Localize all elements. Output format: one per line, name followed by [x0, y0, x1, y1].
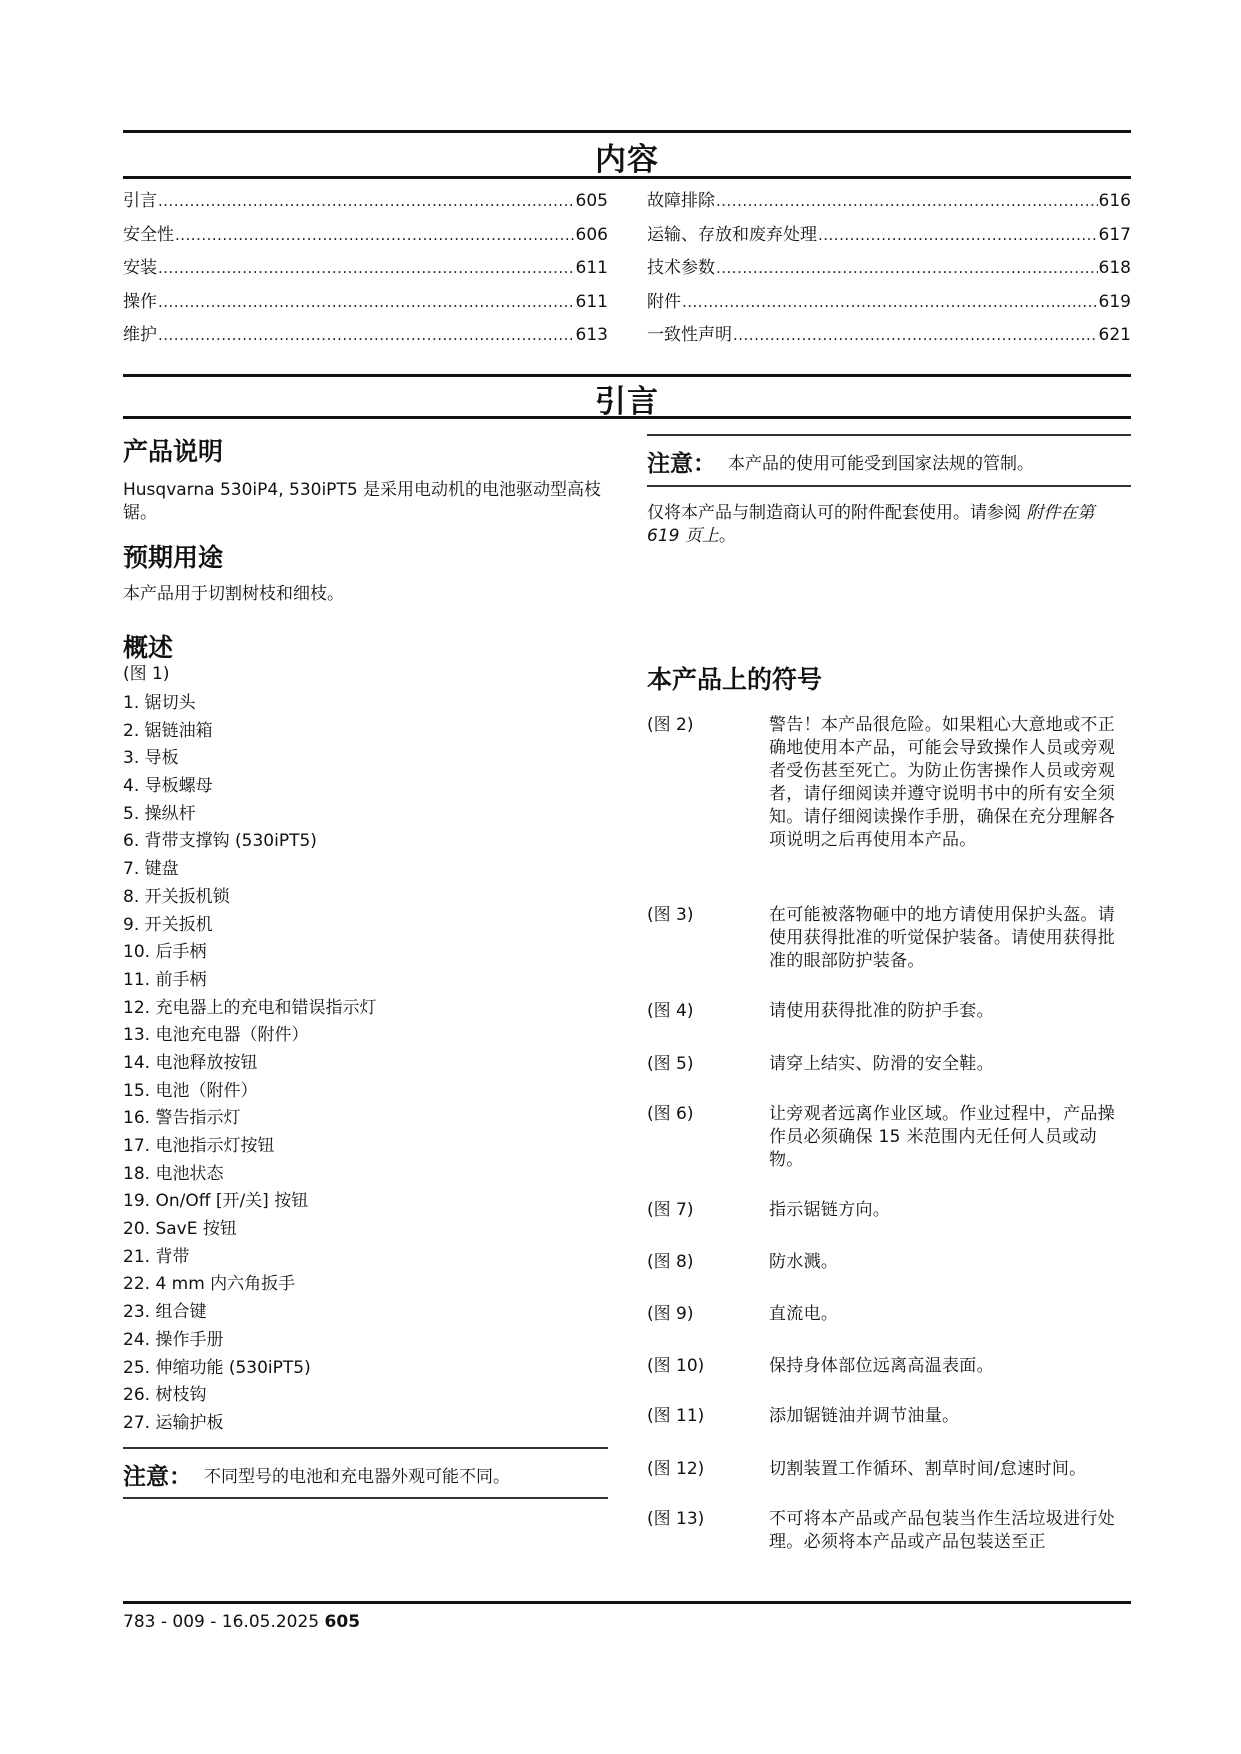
note-text: 本产品的使用可能受到国家法规的管制。: [728, 449, 1034, 474]
symbol-row: (图 5)请穿上结实、防滑的安全鞋。: [647, 1053, 1131, 1076]
note-right: 注意： 本产品的使用可能受到国家法规的管制。: [647, 438, 1131, 484]
product-description-heading: 产品说明: [123, 432, 223, 468]
right-column: 注意： 本产品的使用可能受到国家法规的管制。 仅将本产品与制造商认可的附件配套使…: [647, 0, 1131, 1600]
list-item: 8. 开关扳机锁: [123, 884, 376, 912]
symbol-row: (图 12)切割装置工作循环、割草时间/怠速时间。: [647, 1458, 1131, 1481]
symbol-row: (图 13)不可将本产品或产品包装当作生活垃圾进行处理。必须将本产品或产品包装送…: [647, 1508, 1131, 1554]
list-item: 24. 操作手册: [123, 1327, 376, 1355]
list-item: 22. 4 mm 内六角扳手: [123, 1271, 376, 1299]
symbol-row: (图 3)在可能被落物砸中的地方请使用保护头盔。请使用获得批准的听觉保护装备。请…: [647, 904, 1131, 973]
symbol-figure-ref: (图 10): [647, 1355, 769, 1378]
list-item: 12. 充电器上的充电和错误指示灯: [123, 995, 376, 1023]
list-item: 19. On/Off [开/关] 按钮: [123, 1188, 376, 1216]
list-item: 20. SavE 按钮: [123, 1216, 376, 1244]
overview-parts-list: 1. 锯切头 2. 锯链油箱 3. 导板 4. 导板螺母 5. 操纵杆 6. 背…: [123, 690, 376, 1438]
list-item: 17. 电池指示灯按钮: [123, 1133, 376, 1161]
symbol-description: 保持身体部位远离高温表面。: [769, 1355, 1131, 1378]
symbol-description: 警告！本产品很危险。如果粗心大意地或不正确地使用本产品，可能会导致操作人员或旁观…: [769, 714, 1131, 852]
intended-use-heading: 预期用途: [123, 538, 223, 574]
symbol-figure-ref: (图 4): [647, 1000, 769, 1023]
list-item: 27. 运输护板: [123, 1410, 376, 1438]
list-item: 5. 操纵杆: [123, 801, 376, 829]
list-item: 16. 警告指示灯: [123, 1105, 376, 1133]
list-item: 2. 锯链油箱: [123, 718, 376, 746]
note-label: 注意：: [123, 1458, 192, 1491]
left-column: 产品说明 Husqvarna 530iP4, 530iPT5 是采用电动机的电池…: [123, 0, 608, 1600]
symbol-figure-ref: (图 11): [647, 1405, 769, 1428]
symbol-figure-ref: (图 6): [647, 1103, 769, 1172]
note-right-top-rule: [647, 434, 1131, 436]
list-item: 14. 电池释放按钮: [123, 1050, 376, 1078]
symbol-figure-ref: (图 9): [647, 1303, 769, 1326]
symbol-row: (图 4)请使用获得批准的防护手套。: [647, 1000, 1131, 1023]
symbol-figure-ref: (图 3): [647, 904, 769, 973]
note-label: 注意：: [647, 445, 716, 478]
symbol-row: (图 7)指示锯链方向。: [647, 1199, 1131, 1222]
symbol-description: 不可将本产品或产品包装当作生活垃圾进行处理。必须将本产品或产品包装送至正: [769, 1508, 1131, 1554]
symbol-description: 直流电。: [769, 1303, 1131, 1326]
list-item: 4. 导板螺母: [123, 773, 376, 801]
symbol-figure-ref: (图 13): [647, 1508, 769, 1554]
accessories-text-body: 仅将本产品与制造商认可的附件配套使用。请参阅: [647, 503, 1021, 523]
list-item: 25. 伸缩功能 (530iPT5): [123, 1355, 376, 1383]
symbol-row: (图 11)添加锯链油并调节油量。: [647, 1405, 1131, 1428]
symbol-figure-ref: (图 2): [647, 714, 769, 852]
list-item: 9. 开关扳机: [123, 912, 376, 940]
page-footer: 783 - 009 - 16.05.2025 605: [123, 1612, 360, 1632]
symbols-heading: 本产品上的符号: [647, 660, 822, 696]
symbol-row: (图 9)直流电。: [647, 1303, 1131, 1326]
footer-doc-code: 783 - 009 - 16.05.2025: [123, 1612, 319, 1632]
list-item: 6. 背带支撑钩 (530iPT5): [123, 828, 376, 856]
symbol-description: 切割装置工作循环、割草时间/怠速时间。: [769, 1458, 1131, 1481]
symbol-description: 请使用获得批准的防护手套。: [769, 1000, 1131, 1023]
overview-figure-ref: (图 1): [123, 663, 169, 686]
symbol-figure-ref: (图 5): [647, 1053, 769, 1076]
list-item: 7. 键盘: [123, 856, 376, 884]
note-left-bottom-rule: [123, 1497, 608, 1499]
note-text: 不同型号的电池和充电器外观可能不同。: [204, 1462, 510, 1487]
list-item: 10. 后手柄: [123, 939, 376, 967]
list-item: 3. 导板: [123, 745, 376, 773]
symbol-figure-ref: (图 12): [647, 1458, 769, 1481]
symbol-row: (图 6)让旁观者远离作业区域。作业过程中，产品操作员必须确保 15 米范围内无…: [647, 1103, 1131, 1172]
note-right-bottom-rule: [647, 485, 1131, 487]
footer-page-number: 605: [325, 1612, 361, 1632]
symbol-row: (图 2)警告！本产品很危险。如果粗心大意地或不正确地使用本产品，可能会导致操作…: [647, 714, 1131, 852]
intended-use-text: 本产品用于切割树枝和细枝。: [123, 583, 344, 606]
symbol-figure-ref: (图 7): [647, 1199, 769, 1222]
list-item: 15. 电池（附件）: [123, 1078, 376, 1106]
accessories-text: 仅将本产品与制造商认可的附件配套使用。请参阅 附件在第 619 页上。: [647, 502, 1131, 548]
symbol-row: (图 10)保持身体部位远离高温表面。: [647, 1355, 1131, 1378]
note-left-top-rule: [123, 1447, 608, 1449]
list-item: 11. 前手柄: [123, 967, 376, 995]
note-left: 注意： 不同型号的电池和充电器外观可能不同。: [123, 1452, 608, 1496]
symbol-description: 请穿上结实、防滑的安全鞋。: [769, 1053, 1131, 1076]
symbol-row: (图 8)防水溅。: [647, 1251, 1131, 1274]
symbol-description: 指示锯链方向。: [769, 1199, 1131, 1222]
symbol-description: 防水溅。: [769, 1251, 1131, 1274]
list-item: 13. 电池充电器（附件）: [123, 1022, 376, 1050]
list-item: 23. 组合键: [123, 1299, 376, 1327]
list-item: 26. 树枝钩: [123, 1382, 376, 1410]
list-item: 21. 背带: [123, 1244, 376, 1272]
overview-heading: 概述: [123, 628, 173, 664]
symbol-description: 添加锯链油并调节油量。: [769, 1405, 1131, 1428]
accessories-text-suffix: 。: [719, 526, 736, 546]
symbol-description: 让旁观者远离作业区域。作业过程中，产品操作员必须确保 15 米范围内无任何人员或…: [769, 1103, 1131, 1172]
footer-rule: [123, 1601, 1131, 1604]
list-item: 18. 电池状态: [123, 1161, 376, 1189]
symbol-figure-ref: (图 8): [647, 1251, 769, 1274]
symbol-description: 在可能被落物砸中的地方请使用保护头盔。请使用获得批准的听觉保护装备。请使用获得批…: [769, 904, 1131, 973]
list-item: 1. 锯切头: [123, 690, 376, 718]
product-description-text: Husqvarna 530iP4, 530iPT5 是采用电动机的电池驱动型高枝…: [123, 479, 608, 525]
